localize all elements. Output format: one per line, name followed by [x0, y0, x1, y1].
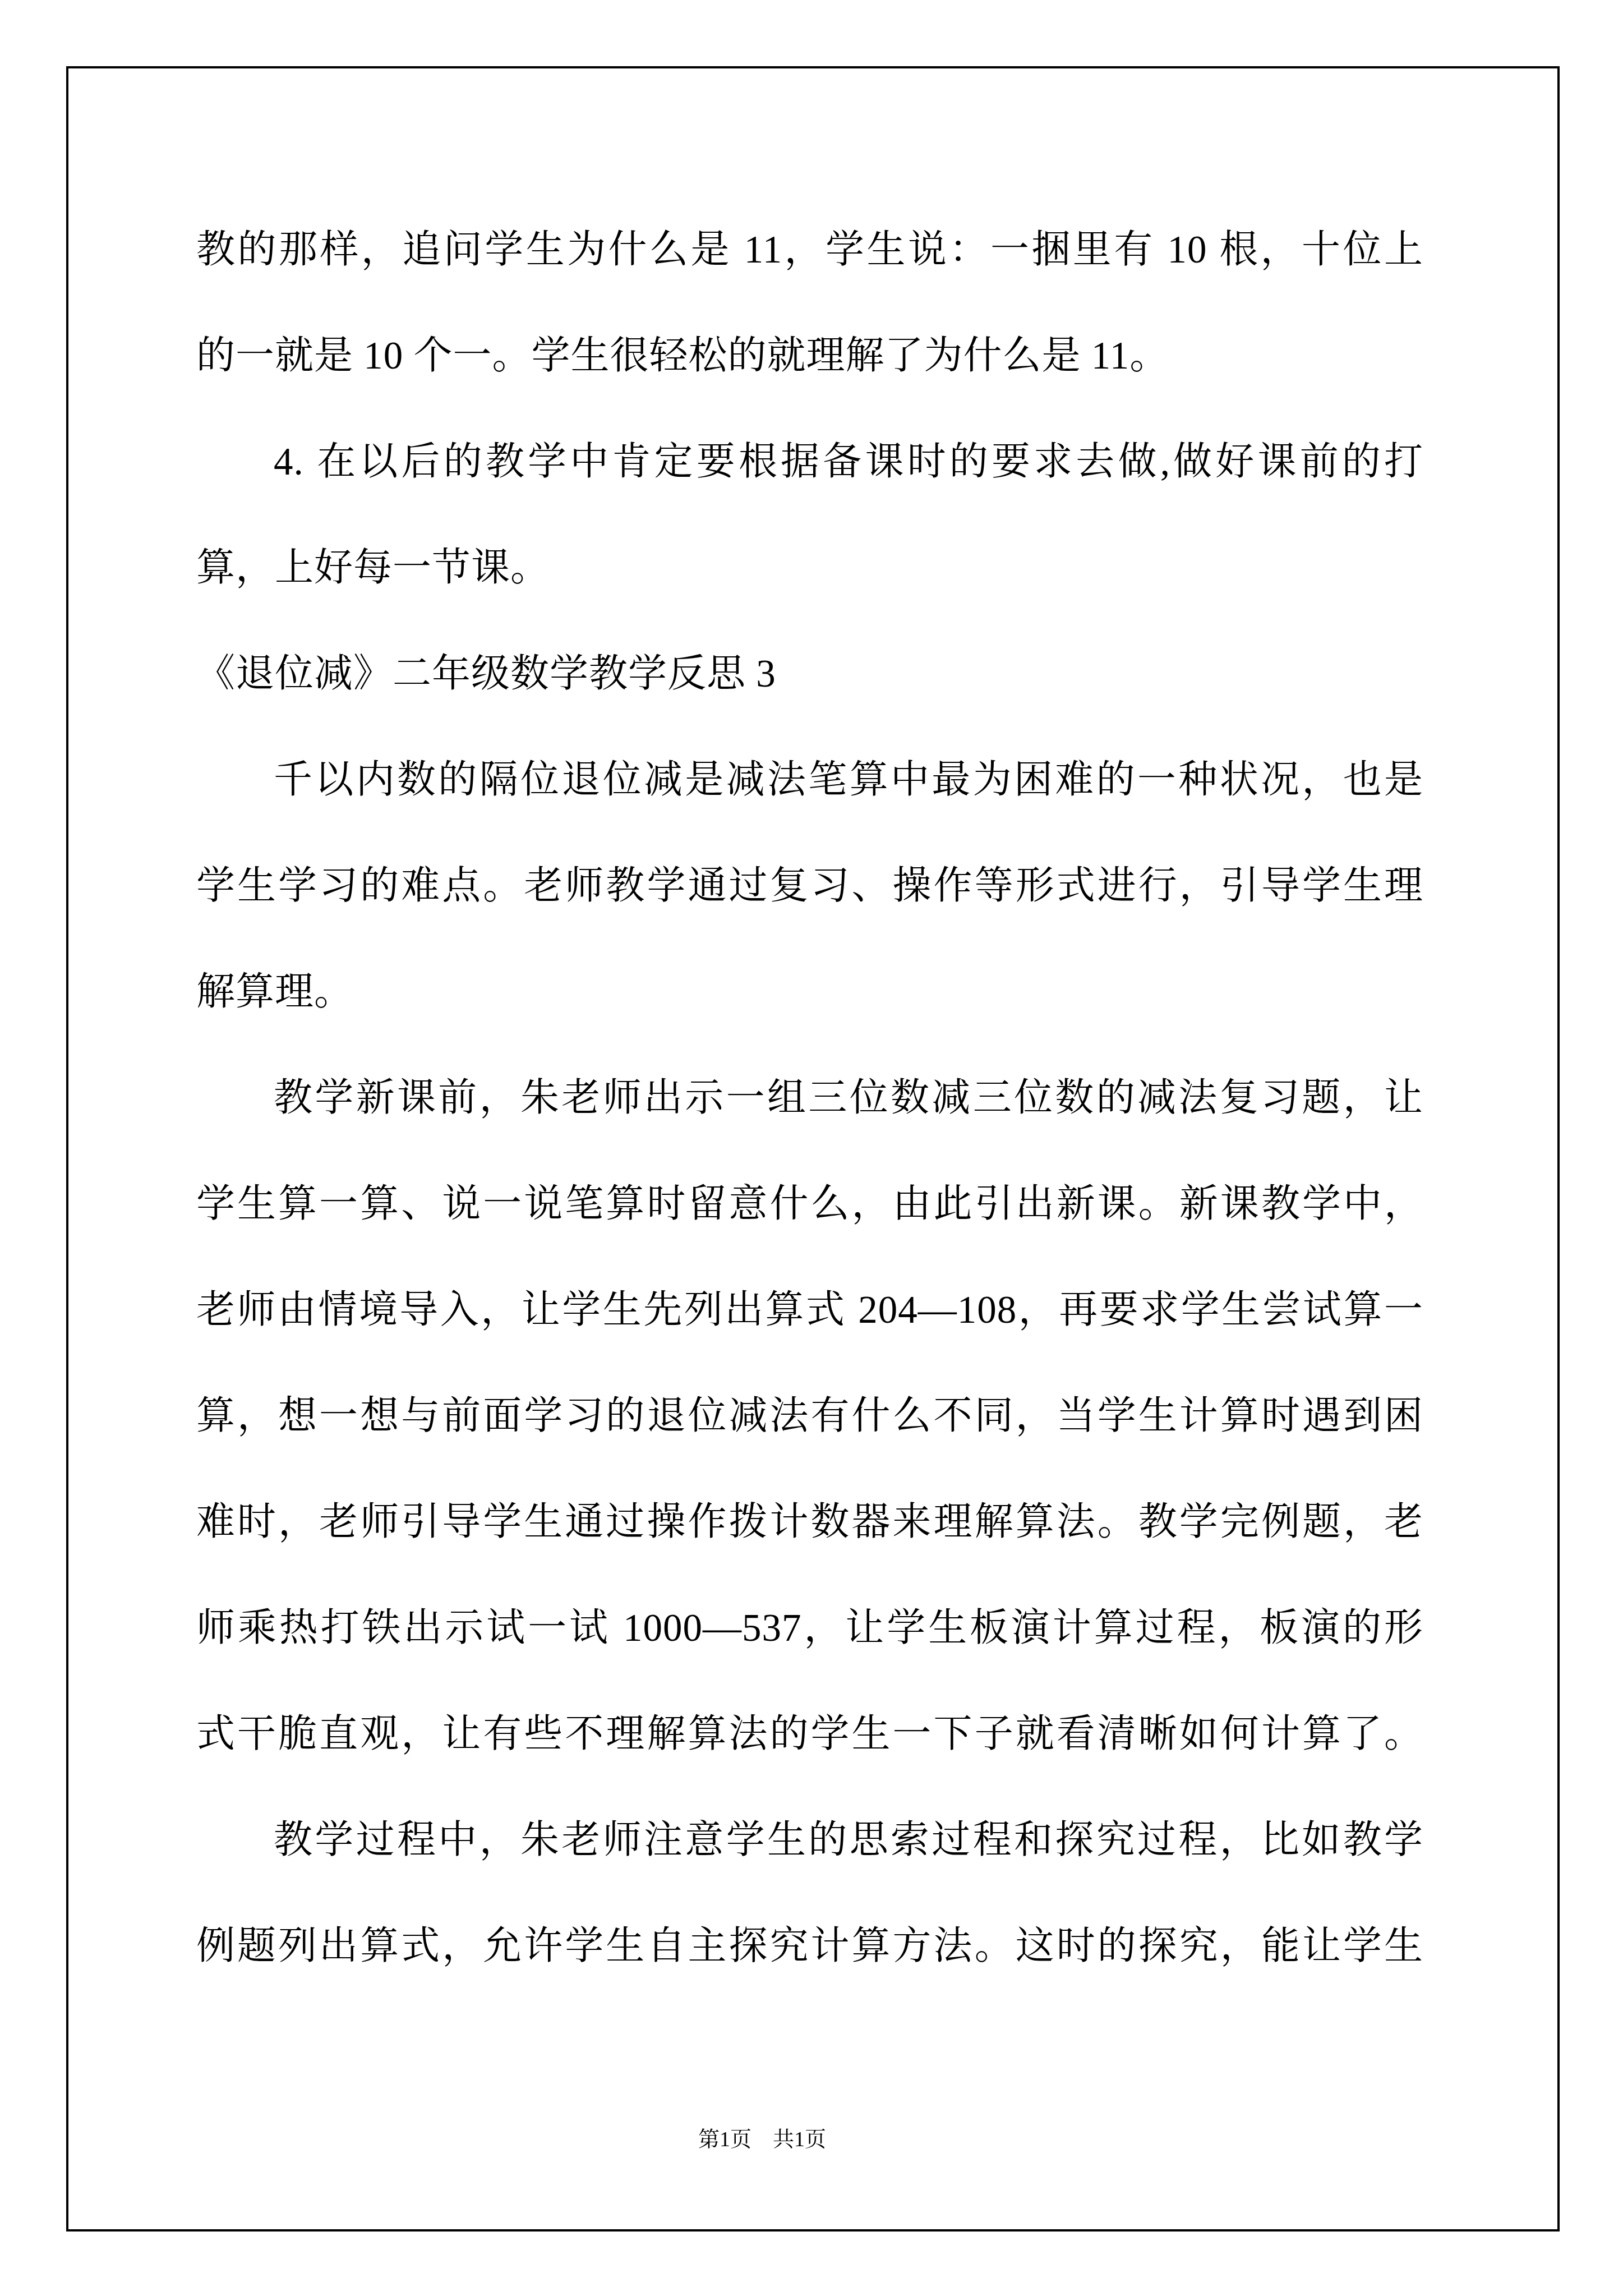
text-line: 学生学习的难点。老师教学通过复习、操作等形式进行，引导学生理: [196, 833, 1423, 939]
text-line: 例题列出算式，允许学生自主探究计算方法。这时的探究，能让学生: [196, 1893, 1423, 1999]
text-line: 师乘热打铁出示试一试 1000—537，让学生板演计算过程，板演的形: [196, 1575, 1423, 1681]
page-footer: 第1页 共1页: [149, 2124, 1376, 2155]
text-column: 教的那样，追问学生为什么是 11，学生说：一捆里有 10 根，十位上 的一就是 …: [196, 197, 1423, 1999]
text-line: 难时，老师引导学生通过操作拨计数器来理解算法。教学完例题，老: [196, 1469, 1423, 1575]
text-line: 学生算一算、说一说笔算时留意什么，由此引出新课。新课教学中，: [196, 1151, 1423, 1257]
text-line: 算，上好每一节课。: [196, 515, 1423, 621]
text-line: 的一就是 10 个一。学生很轻松的就理解了为什么是 11。: [196, 303, 1423, 409]
text-line: 4. 在以后的教学中肯定要根据备课时的要求去做,做好课前的打: [196, 409, 1423, 515]
text-line: 千以内数的隔位退位减是减法笔算中最为困难的一种状况，也是: [196, 727, 1423, 833]
text-line: 式干脆直观，让有些不理解算法的学生一下子就看清晰如何计算了。: [196, 1681, 1423, 1787]
text-line: 《退位减》二年级数学教学反思 3: [196, 621, 1423, 727]
text-line: 教的那样，追问学生为什么是 11，学生说：一捆里有 10 根，十位上: [196, 197, 1423, 303]
text-line: 教学新课前，朱老师出示一组三位数减三位数的减法复习题，让: [196, 1045, 1423, 1151]
document-page: { "page": { "background_color": "#ffffff…: [0, 0, 1623, 2296]
text-line: 解算理。: [196, 939, 1423, 1045]
text-line: 算，想一想与前面学习的退位减法有什么不同，当学生计算时遇到困: [196, 1363, 1423, 1469]
page-number-label: 第1页 共1页: [698, 2128, 826, 2151]
text-line: 老师由情境导入，让学生先列出算式 204—108，再要求学生尝试算一: [196, 1257, 1423, 1363]
text-line: 教学过程中，朱老师注意学生的思索过程和探究过程，比如教学: [196, 1787, 1423, 1893]
